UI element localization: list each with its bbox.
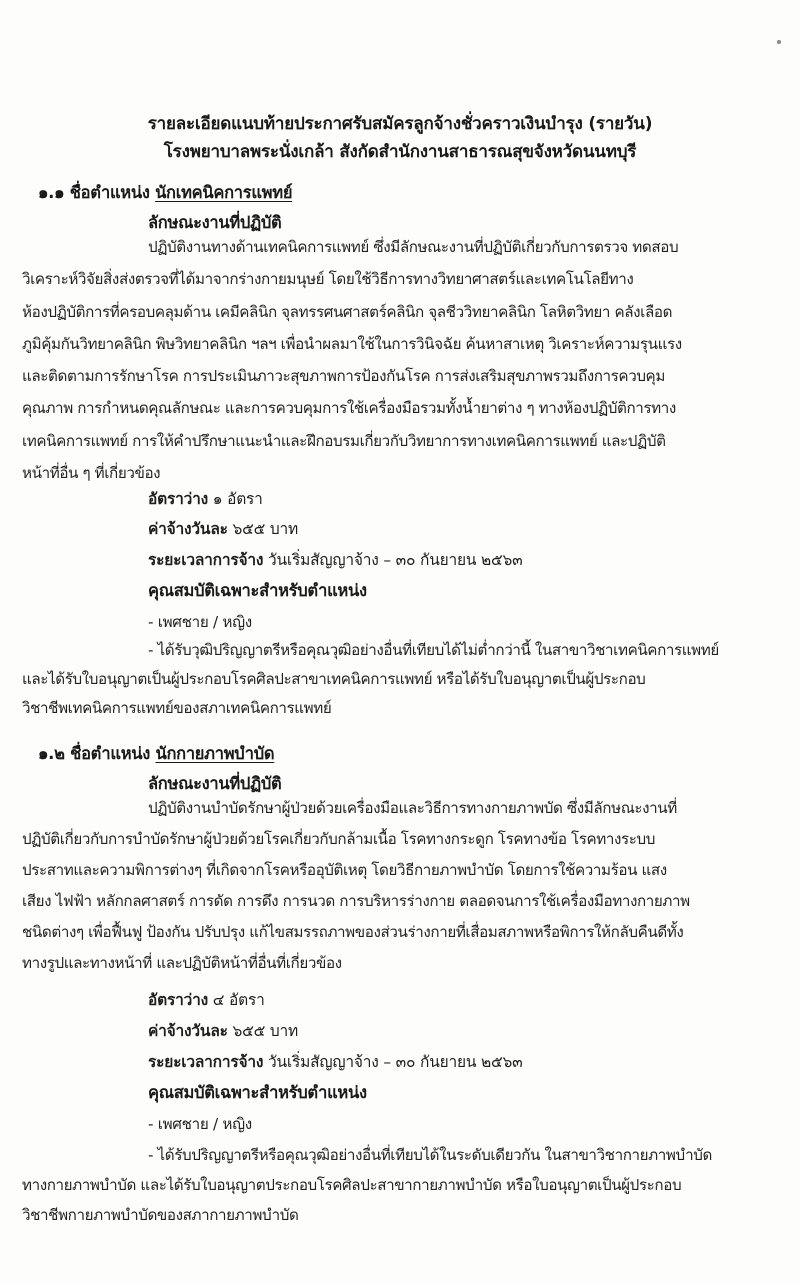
- section-2-heading: ๑.๒ ชื่อตำแหน่ง นักกายภาพบำบัด: [38, 741, 274, 767]
- duties-line: เสียง ไฟฟ้า หลักกลศาสตร์ การดัด การดึง ก…: [22, 886, 782, 917]
- section-1-position-label: ชื่อตำแหน่ง: [70, 183, 150, 202]
- qual-line: วิชาชีพเทคนิคการแพทย์ของสภาเทคนิคการแพทย…: [22, 694, 782, 723]
- section-1-wage: ค่าจ้างวันละ ๖๕๕ บาท: [148, 516, 298, 542]
- section-1-period: ระยะเวลาการจ้าง วันเริ่มสัญญาจ้าง – ๓๐ ก…: [148, 547, 523, 573]
- vacancy-label: อัตราว่าง: [148, 991, 208, 1009]
- period-value: วันเริ่มสัญญาจ้าง – ๓๐ กันยายน ๒๕๖๓: [268, 1053, 523, 1071]
- section-1-qualifications-heading: คุณสมบัติเฉพาะสำหรับตำแหน่ง: [148, 578, 367, 604]
- vacancy-label: อัตราว่าง: [148, 490, 208, 508]
- section-2-vacancy: อัตราว่าง ๔ อัตรา: [148, 987, 265, 1013]
- document-title-line2: โรงพยาบาลพระนั่งเกล้า สังกัดสำนักงานสาธา…: [0, 139, 800, 165]
- section-2-number: ๑.๒: [38, 744, 65, 763]
- qual-line: ทางกายภาพบำบัด และได้รับใบอนุญาตประกอบโร…: [22, 1170, 782, 1200]
- section-1-position-name: นักเทคนิคการแพทย์: [155, 183, 292, 202]
- duties-line: ปฏิบัติงานบำบัดรักษาผู้ป่วยด้วยเครื่องมื…: [22, 793, 782, 824]
- duties-line: ทางรูปและทางหน้าที่ และปฏิบัติหน้าที่อื่…: [22, 948, 782, 979]
- qual-line: - ได้รับวุฒิปริญญาตรีหรือคุณวุฒิอย่างอื่…: [22, 636, 782, 665]
- period-label: ระยะเวลาการจ้าง: [148, 1053, 263, 1071]
- wage-label: ค่าจ้างวันละ: [148, 1022, 228, 1040]
- section-2-position-label: ชื่อตำแหน่ง: [70, 744, 150, 763]
- duties-line: ชนิดต่างๆ เพื่อฟื้นฟู ป้องกัน ปรับปรุง แ…: [22, 917, 782, 948]
- duties-line: ปฏิบัติงานทางด้านเทคนิคการแพทย์ ซึ่งมีลั…: [22, 231, 782, 263]
- vacancy-value: ๔ อัตรา: [213, 991, 265, 1009]
- wage-value: ๖๕๕ บาท: [232, 1022, 298, 1040]
- section-2-qualifications-heading: คุณสมบัติเฉพาะสำหรับตำแหน่ง: [148, 1080, 367, 1106]
- duties-line: ภูมิคุ้มกันวิทยาคลินิก พิษวิทยาคลินิก ฯล…: [22, 328, 782, 360]
- duties-line: คุณภาพ การกำหนดคุณลักษณะ และการควบคุมการ…: [22, 392, 782, 424]
- duties-line: เทคนิคการแพทย์ การให้คำปรึกษาแนะนำและฝึก…: [22, 425, 782, 457]
- scanned-document-page: รายละเอียดแนบท้ายประกาศรับสมัครลูกจ้างชั…: [0, 0, 800, 1282]
- period-value: วันเริ่มสัญญาจ้าง – ๓๐ กันยายน ๒๕๖๓: [268, 551, 523, 569]
- section-2-duties-paragraph: ปฏิบัติงานบำบัดรักษาผู้ป่วยด้วยเครื่องมื…: [22, 793, 782, 979]
- qual-line: - ได้รับปริญญาตรีหรือคุณวุฒิอย่างอื่นที่…: [22, 1140, 782, 1170]
- section-2-period: ระยะเวลาการจ้าง วันเริ่มสัญญาจ้าง – ๓๐ ก…: [148, 1049, 523, 1075]
- section-1-qual-gender: - เพศชาย / หญิง: [148, 608, 252, 636]
- vacancy-value: ๑ อัตรา: [213, 490, 263, 508]
- document-title-line1: รายละเอียดแนบท้ายประกาศรับสมัครลูกจ้างชั…: [0, 111, 800, 137]
- duties-line: และติดตามการรักษาโรค การประเมินภาวะสุขภา…: [22, 360, 782, 392]
- section-2-qual-paragraph: - ได้รับปริญญาตรีหรือคุณวุฒิอย่างอื่นที่…: [22, 1140, 782, 1230]
- section-1-vacancy: อัตราว่าง ๑ อัตรา: [148, 486, 263, 512]
- section-1-heading: ๑.๑ ชื่อตำแหน่ง นักเทคนิคการแพทย์: [38, 180, 292, 206]
- section-2-position-name: นักกายภาพบำบัด: [155, 744, 274, 763]
- duties-line: หน้าที่อื่น ๆ ที่เกี่ยวข้อง: [22, 457, 782, 489]
- wage-label: ค่าจ้างวันละ: [148, 520, 228, 538]
- duties-line: วิเคราะห์วิจัยสิ่งส่งตรวจที่ได้มาจากร่าง…: [22, 263, 782, 295]
- wage-value: ๖๕๕ บาท: [232, 520, 298, 538]
- qual-line: และได้รับใบอนุญาตเป็นผู้ประกอบโรคศิลปะสา…: [22, 665, 782, 694]
- section-1-qual-paragraph: - ได้รับวุฒิปริญญาตรีหรือคุณวุฒิอย่างอื่…: [22, 636, 782, 723]
- scan-speck: [777, 40, 781, 44]
- duties-line: ห้องปฏิบัติการที่ครอบคลุมด้าน เคมีคลินิก…: [22, 296, 782, 328]
- period-label: ระยะเวลาการจ้าง: [148, 551, 263, 569]
- qual-line: วิชาชีพกายภาพบำบัดของสภากายภาพบำบัด: [22, 1200, 782, 1230]
- section-2-qual-gender: - เพศชาย / หญิง: [148, 1110, 252, 1138]
- section-2-wage: ค่าจ้างวันละ ๖๕๕ บาท: [148, 1018, 298, 1044]
- duties-line: ประสาทและความพิการต่างๆ ที่เกิดจากโรคหรื…: [22, 855, 782, 886]
- section-1-duties-paragraph: ปฏิบัติงานทางด้านเทคนิคการแพทย์ ซึ่งมีลั…: [22, 231, 782, 489]
- section-1-number: ๑.๑: [38, 183, 64, 202]
- duties-line: ปฏิบัติเกี่ยวกับการบำบัดรักษาผู้ป่วยด้วย…: [22, 824, 782, 855]
